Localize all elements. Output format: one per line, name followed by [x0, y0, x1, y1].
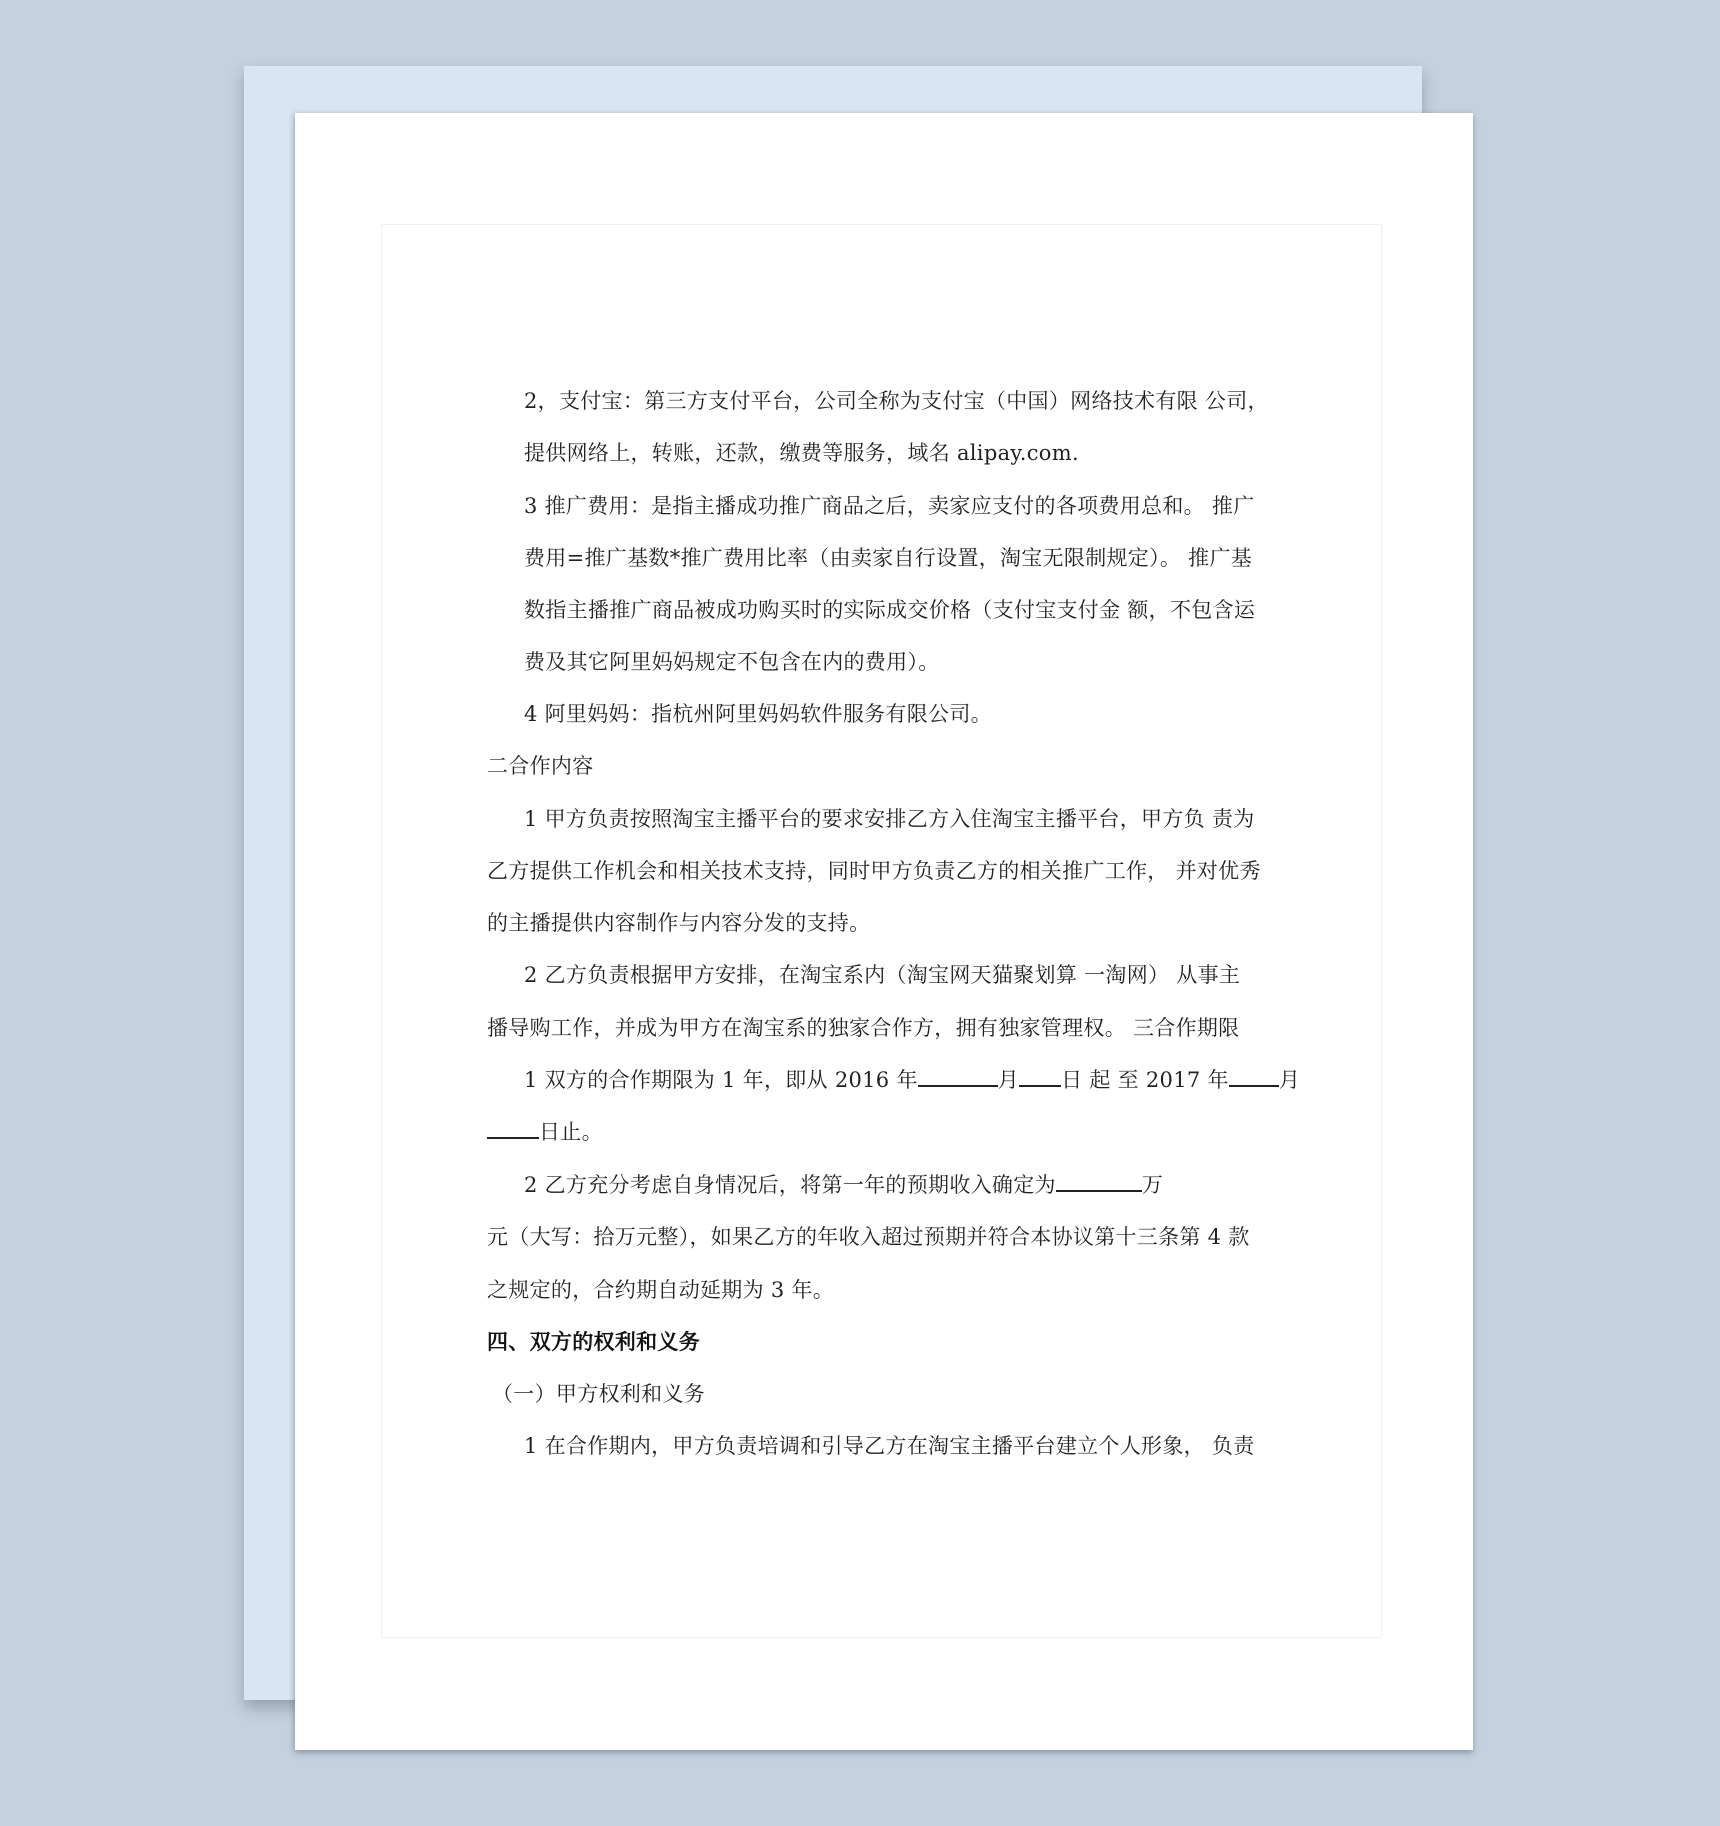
paragraph-line: 数指主播推广商品被成功购买时的实际成交价格（支付宝支付金 额，不包含运: [524, 595, 1255, 625]
blank-day-start[interactable]: [1019, 1065, 1061, 1087]
paragraph-line: 播导购工作，并成为甲方在淘宝系的独家合作方，拥有独家管理权。 三合作期限: [487, 1013, 1239, 1043]
paragraph-line: 3 推广费用：是指主播成功推广商品之后，卖家应支付的各项费用总和。 推广: [524, 491, 1255, 521]
term-line: 1 双方的合作期限为 1 年，即从 2016 年月日 起 至 2017 年月: [524, 1065, 1300, 1095]
blank-income-amount[interactable]: [1056, 1170, 1142, 1192]
paragraph-line: 费及其它阿里妈妈规定不包含在内的费用）。: [524, 647, 940, 677]
section-heading-rights: 四、双方的权利和义务: [487, 1327, 700, 1357]
paragraph-line: 费用=推广基数*推广费用比率（由卖家自行设置，淘宝无限制规定）。 推广基: [524, 543, 1252, 573]
section-heading: 二合作内容: [487, 751, 594, 781]
paragraph-line: 2，支付宝：第三方支付平台，公司全称为支付宝（中国）网络技术有限 公司，: [524, 386, 1269, 416]
subsection-heading: （一）甲方权利和义务: [492, 1379, 705, 1409]
term-month1: 月: [998, 1068, 1019, 1092]
blank-month-end[interactable]: [1229, 1065, 1279, 1087]
term-month2: 月: [1279, 1068, 1300, 1092]
paragraph-line: 之规定的，合约期自动延期为 3 年。: [487, 1275, 834, 1305]
paragraph-line: 4 阿里妈妈：指杭州阿里妈妈软件服务有限公司。: [524, 699, 992, 729]
paragraph-line: 乙方提供工作机会和相关技术支持，同时甲方负责乙方的相关推广工作， 并对优秀: [487, 856, 1261, 886]
income-line: 2 乙方充分考虑自身情况后，将第一年的预期收入确定为万: [524, 1170, 1163, 1200]
term-prefix: 1 双方的合作期限为 1 年，即从 2016 年: [524, 1068, 918, 1092]
term-suffix: 日止。: [539, 1120, 603, 1144]
term-line-end: 日止。: [487, 1117, 603, 1147]
paragraph-line: 元（大写：拾万元整），如果乙方的年收入超过预期并符合本协议第十三条第 4 款: [487, 1222, 1250, 1252]
paragraph-line: 1 在合作期内，甲方负责培调和引导乙方在淘宝主播平台建立个人形象， 负责: [524, 1431, 1255, 1461]
blank-month-start[interactable]: [918, 1065, 998, 1087]
blank-day-end[interactable]: [487, 1117, 539, 1139]
paragraph-line: 提供网络上，转账，还款，缴费等服务，域名 alipay.com.: [524, 438, 1079, 468]
paragraph-line: 2 乙方负责根据甲方安排，在淘宝系内（淘宝网天猫聚划算 一淘网） 从事主: [524, 960, 1240, 990]
term-day1: 日 起 至 2017 年: [1061, 1068, 1229, 1092]
income-suffix: 万: [1142, 1173, 1163, 1197]
document-page: [295, 113, 1473, 1750]
income-prefix: 2 乙方充分考虑自身情况后，将第一年的预期收入确定为: [524, 1173, 1056, 1197]
paragraph-line: 的主播提供内容制作与内容分发的支持。: [487, 908, 870, 938]
paragraph-line: 1 甲方负责按照淘宝主播平台的要求安排乙方入住淘宝主播平台，甲方负 责为: [524, 804, 1255, 834]
